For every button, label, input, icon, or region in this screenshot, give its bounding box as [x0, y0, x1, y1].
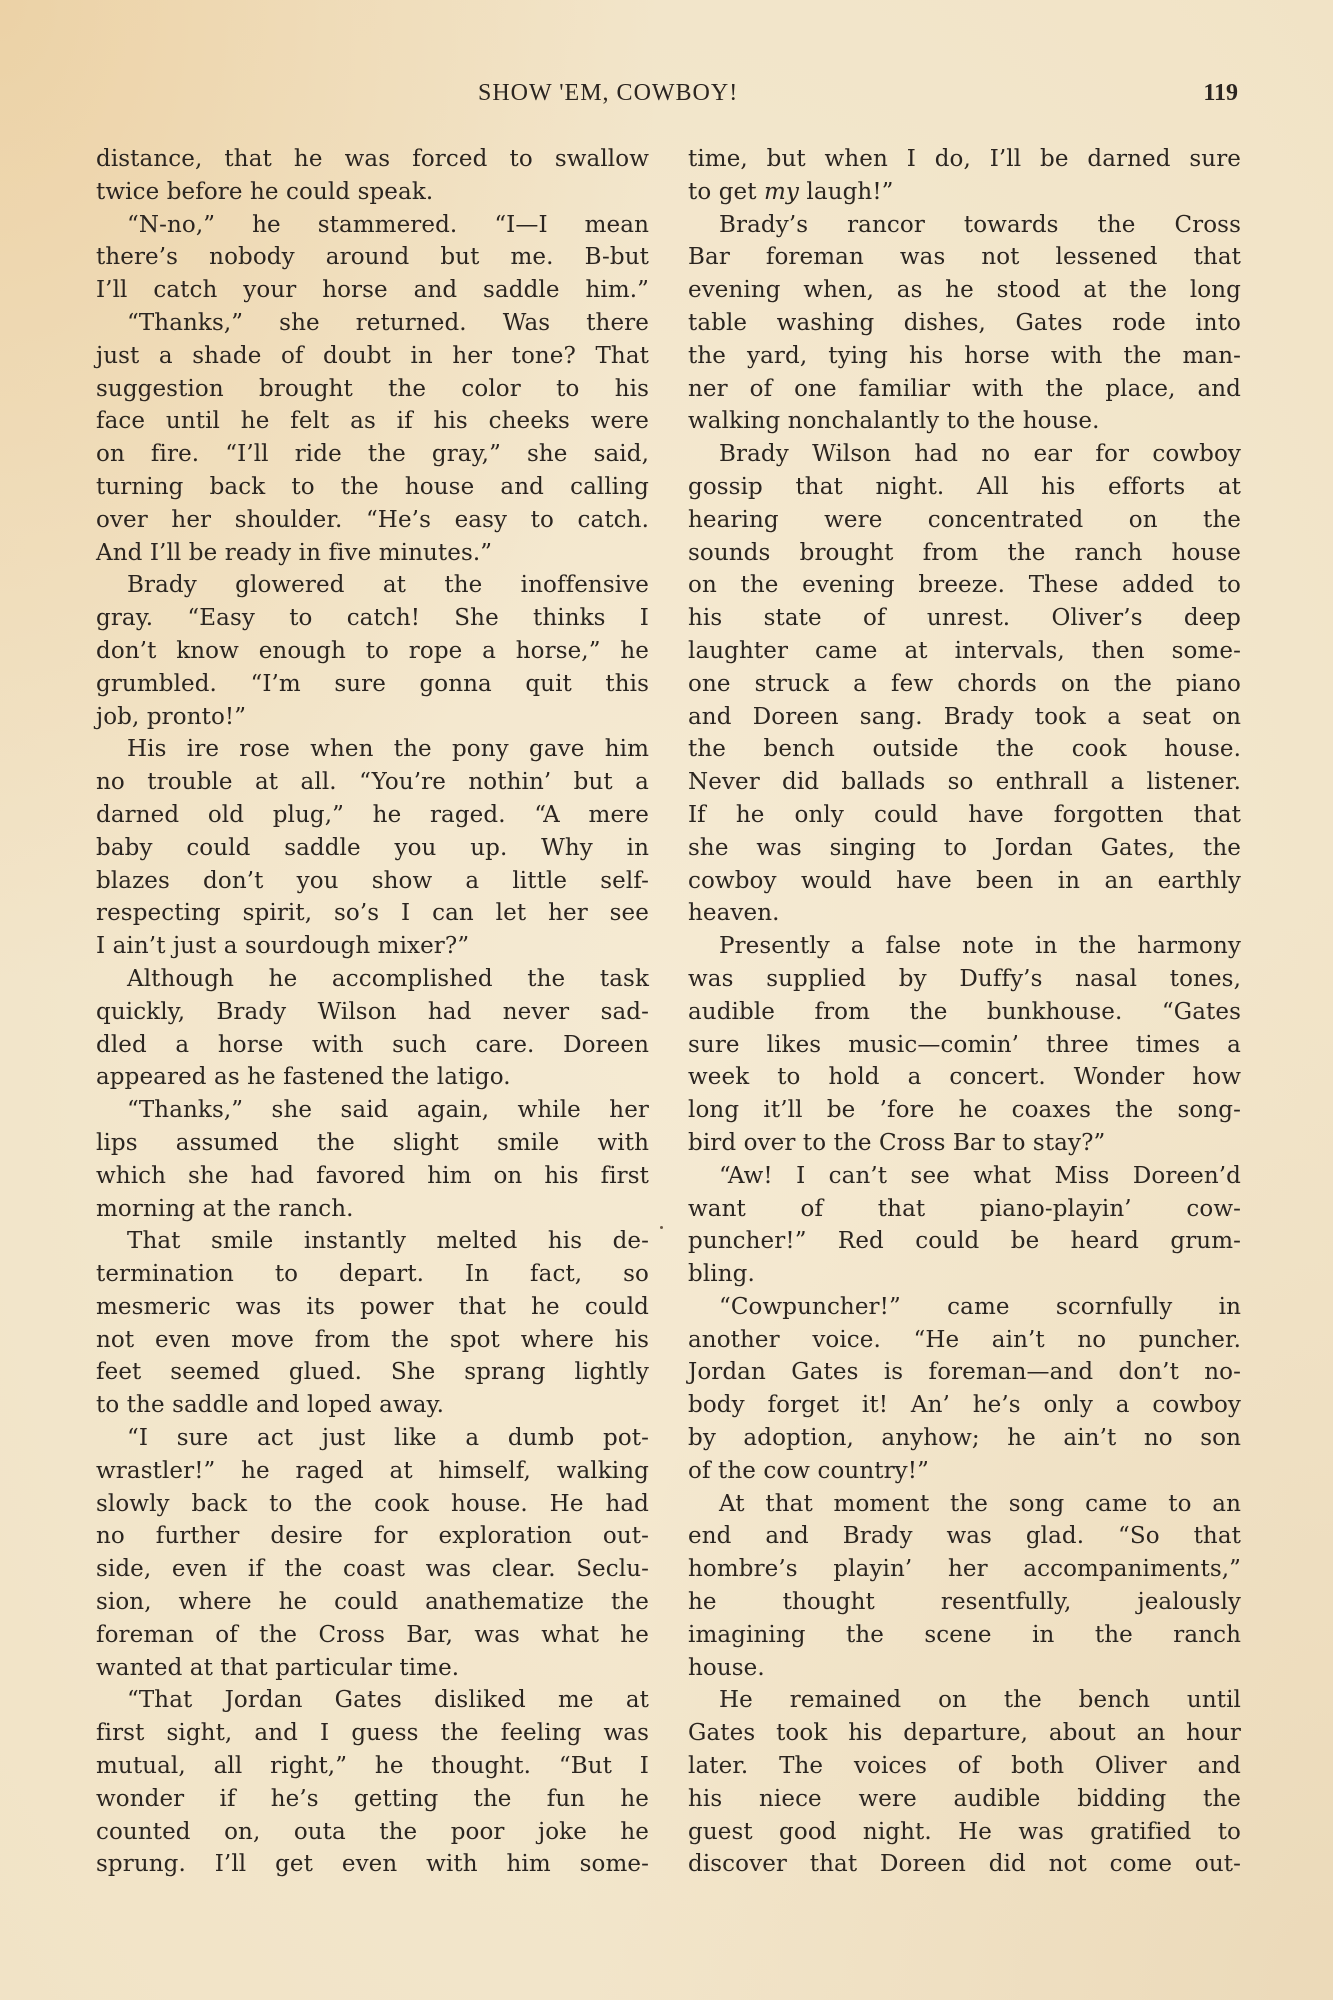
- text-line: over her shoulder. “He’s easy to catch.: [96, 504, 649, 537]
- text-line: That smile instantly melted his de-: [96, 1225, 649, 1258]
- text-line: turning back to the house and calling: [96, 471, 649, 504]
- text-column-right: time, but when I do, I’ll be darned sure…: [688, 143, 1241, 1881]
- line-text: “Thanks,” she returned. Was there: [127, 310, 649, 336]
- line-text: wanted at that particular time.: [96, 1655, 459, 1681]
- line-text: termination to depart. In fact, so: [96, 1261, 649, 1287]
- text-line: wrastler!” he raged at himself, walking: [96, 1455, 649, 1488]
- text-line: his niece were audible bidding the: [688, 1783, 1241, 1816]
- line-text: bird over to the Cross Bar to stay?”: [688, 1130, 1105, 1156]
- text-line: I’ll catch your horse and saddle him.”: [96, 274, 649, 307]
- text-line: just a shade of doubt in her tone? That: [96, 340, 649, 373]
- line-text: of the cow country!”: [688, 1458, 929, 1484]
- line-text: He remained on the bench until: [719, 1687, 1241, 1713]
- text-line: on the evening breeze. These added to: [688, 569, 1241, 602]
- text-line: sounds brought from the ranch house: [688, 537, 1241, 570]
- text-line: “Thanks,” she said again, while her: [96, 1094, 649, 1127]
- text-line: end and Brady was glad. “So that: [688, 1520, 1241, 1553]
- line-text: wonder if he’s getting the fun he: [96, 1786, 649, 1812]
- text-line: And I’ll be ready in five minutes.”: [96, 537, 649, 570]
- text-line: quickly, Brady Wilson had never sad-: [96, 996, 649, 1029]
- text-line: and Doreen sang. Brady took a seat on: [688, 701, 1241, 734]
- line-text: guest good night. He was gratified to: [688, 1819, 1241, 1845]
- line-text: time, but when I do, I’ll be darned sure: [688, 146, 1241, 172]
- line-text: walking nonchalantly to the house.: [688, 408, 1100, 434]
- line-text: hombre’s playin’ her accompaniments,”: [688, 1556, 1241, 1582]
- line-text: his state of unrest. Oliver’s deep: [688, 605, 1241, 631]
- text-line: was supplied by Duffy’s nasal tones,: [688, 963, 1241, 996]
- line-text: darned old plug,” he raged. “A mere: [96, 802, 649, 828]
- line-text: don’t know enough to rope a horse,” he: [96, 638, 649, 664]
- text-line: sure likes music—comin’ three times a: [688, 1029, 1241, 1062]
- text-line: by adoption, anyhow; he ain’t no son: [688, 1422, 1241, 1455]
- text-line: no further desire for exploration out-: [96, 1520, 649, 1553]
- text-line: cowboy would have been in an earthly: [688, 865, 1241, 898]
- line-text: Bar foreman was not lessened that: [688, 244, 1241, 270]
- text-line: I ain’t just a sourdough mixer?”: [96, 930, 649, 963]
- text-line: sprung. I’ll get even with him some-: [96, 1848, 649, 1881]
- text-line: she was singing to Jordan Gates, the: [688, 832, 1241, 865]
- text-line: which she had favored him on his first: [96, 1160, 649, 1193]
- text-line: slowly back to the cook house. He had: [96, 1488, 649, 1521]
- text-line: mutual, all right,” he thought. “But I: [96, 1750, 649, 1783]
- line-text: Presently a false note in the harmony: [719, 933, 1241, 959]
- line-text: Although he accomplished the task: [127, 966, 649, 992]
- line-text: on fire. “I’ll ride the gray,” she said,: [96, 441, 649, 467]
- line-text: twice before he could speak.: [96, 179, 433, 205]
- text-line: imagining the scene in the ranch: [688, 1619, 1241, 1652]
- text-line: to the saddle and loped away.: [96, 1389, 649, 1422]
- text-line: lips assumed the slight smile with: [96, 1127, 649, 1160]
- line-text: “Thanks,” she said again, while her: [127, 1097, 649, 1123]
- line-text: “I sure act just like a dumb pot-: [127, 1425, 649, 1451]
- text-line: the bench outside the cook house.: [688, 733, 1241, 766]
- text-line: there’s nobody around but me. B-but: [96, 241, 649, 274]
- text-line: puncher!” Red could be heard grum-: [688, 1225, 1241, 1258]
- text-line: Jordan Gates is foreman—and don’t no-: [688, 1356, 1241, 1389]
- text-line: bling.: [688, 1258, 1241, 1291]
- line-text: sprung. I’ll get even with him some-: [96, 1851, 649, 1877]
- line-text: job, pronto!”: [96, 704, 246, 730]
- line-text: mesmeric was its power that he could: [96, 1294, 649, 1320]
- italic-emphasis: my: [764, 179, 799, 205]
- text-line: discover that Doreen did not come out-: [688, 1848, 1241, 1881]
- line-text: week to hold a concert. Wonder how: [688, 1064, 1241, 1090]
- line-text: lips assumed the slight smile with: [96, 1130, 649, 1156]
- line-text: bling.: [688, 1261, 755, 1287]
- text-line: Never did ballads so enthrall a listener…: [688, 766, 1241, 799]
- line-text: the yard, tying his horse with the man-: [688, 343, 1241, 369]
- text-line: week to hold a concert. Wonder how: [688, 1061, 1241, 1094]
- text-line: morning at the ranch.: [96, 1193, 649, 1226]
- running-head: SHOW 'EM, COWBOY! 119: [478, 80, 1238, 114]
- line-text: If he only could have forgotten that: [688, 802, 1241, 828]
- line-text: respecting spirit, so’s I can let her se…: [96, 900, 649, 926]
- text-line: his state of unrest. Oliver’s deep: [688, 602, 1241, 635]
- line-text: no trouble at all. “You’re nothin’ but a: [96, 769, 649, 795]
- text-line: laughter came at intervals, then some-: [688, 635, 1241, 668]
- line-text: That smile instantly melted his de-: [127, 1228, 649, 1254]
- text-line: table washing dishes, Gates rode into: [688, 307, 1241, 340]
- line-text: distance, that he was forced to swallow: [96, 146, 649, 172]
- text-line: body forget it! An’ he’s only a cowboy: [688, 1389, 1241, 1422]
- text-line: mesmeric was its power that he could: [96, 1291, 649, 1324]
- line-text: later. The voices of both Oliver and: [688, 1753, 1241, 1779]
- text-line: He remained on the bench until: [688, 1684, 1241, 1717]
- text-line: darned old plug,” he raged. “A mere: [96, 799, 649, 832]
- text-line: audible from the bunkhouse. “Gates: [688, 996, 1241, 1029]
- paper-speck: [660, 1226, 663, 1229]
- text-line: twice before he could speak.: [96, 176, 649, 209]
- line-text: first sight, and I guess the feeling was: [96, 1720, 649, 1746]
- line-text: “Aw! I can’t see what Miss Doreen’d: [719, 1163, 1241, 1189]
- text-line: termination to depart. In fact, so: [96, 1258, 649, 1291]
- text-line: “That Jordan Gates disliked me at: [96, 1684, 649, 1717]
- line-text: “That Jordan Gates disliked me at: [127, 1687, 649, 1713]
- line-text: Brady glowered at the inoffensive: [127, 572, 649, 598]
- line-text: house.: [688, 1655, 765, 1681]
- text-line: don’t know enough to rope a horse,” he: [96, 635, 649, 668]
- line-text: Jordan Gates is foreman—and don’t no-: [688, 1359, 1241, 1385]
- line-text: ner of one familiar with the place, and: [688, 376, 1241, 402]
- line-text: just a shade of doubt in her tone? That: [96, 343, 649, 369]
- text-line: Brady’s rancor towards the Cross: [688, 209, 1241, 242]
- text-line: Bar foreman was not lessened that: [688, 241, 1241, 274]
- line-text: gray. “Easy to catch! She thinks I: [96, 605, 649, 631]
- text-line: ner of one familiar with the place, and: [688, 373, 1241, 406]
- line-text: Never did ballads so enthrall a listener…: [688, 769, 1241, 795]
- line-text: I’ll catch your horse and saddle him.”: [96, 277, 649, 303]
- text-line: counted on, outa the poor joke he: [96, 1816, 649, 1849]
- line-text: sure likes music—comin’ three times a: [688, 1032, 1241, 1058]
- line-text: imagining the scene in the ranch: [688, 1622, 1241, 1648]
- text-line: hombre’s playin’ her accompaniments,”: [688, 1553, 1241, 1586]
- line-text: Brady Wilson had no ear for cowboy: [719, 441, 1241, 467]
- text-line: Gates took his departure, about an hour: [688, 1717, 1241, 1750]
- text-line: If he only could have forgotten that: [688, 799, 1241, 832]
- text-line: time, but when I do, I’ll be darned sure: [688, 143, 1241, 176]
- line-text: quickly, Brady Wilson had never sad-: [96, 999, 649, 1025]
- line-text: turning back to the house and calling: [96, 474, 649, 500]
- text-line: “I sure act just like a dumb pot-: [96, 1422, 649, 1455]
- line-text: there’s nobody around but me. B-but: [96, 244, 649, 270]
- text-line: At that moment the song came to an: [688, 1488, 1241, 1521]
- line-text: no further desire for exploration out-: [96, 1523, 649, 1549]
- text-line: sion, where he could anathematize the: [96, 1586, 649, 1619]
- line-text: dled a horse with such care. Doreen: [96, 1032, 649, 1058]
- line-text: cowboy would have been in an earthly: [688, 868, 1241, 894]
- text-line: not even move from the spot where his: [96, 1324, 649, 1357]
- line-text: puncher!” Red could be heard grum-: [688, 1228, 1241, 1254]
- text-line: Presently a false note in the harmony: [688, 930, 1241, 963]
- text-line: evening when, as he stood at the long: [688, 274, 1241, 307]
- line-text: sounds brought from the ranch house: [688, 540, 1241, 566]
- line-text: suggestion brought the color to his: [96, 376, 649, 402]
- line-text: And I’ll be ready in five minutes.”: [96, 540, 492, 566]
- line-text: his niece were audible bidding the: [688, 1786, 1241, 1812]
- text-line: walking nonchalantly to the house.: [688, 405, 1241, 438]
- text-line: “Thanks,” she returned. Was there: [96, 307, 649, 340]
- line-text: foreman of the Cross Bar, was what he: [96, 1622, 649, 1648]
- text-line: bird over to the Cross Bar to stay?”: [688, 1127, 1241, 1160]
- line-text: audible from the bunkhouse. “Gates: [688, 999, 1241, 1025]
- text-line: gray. “Easy to catch! She thinks I: [96, 602, 649, 635]
- line-text: mutual, all right,” he thought. “But I: [96, 1753, 649, 1779]
- line-text: counted on, outa the poor joke he: [96, 1819, 649, 1845]
- text-line: first sight, and I guess the feeling was: [96, 1717, 649, 1750]
- line-text: he thought resentfully, jealously: [688, 1589, 1241, 1615]
- line-text: feet seemed glued. She sprang lightly: [96, 1359, 649, 1385]
- line-text: Gates took his departure, about an hour: [688, 1720, 1241, 1746]
- text-line: Brady glowered at the inoffensive: [96, 569, 649, 602]
- line-text: over her shoulder. “He’s easy to catch.: [96, 507, 649, 533]
- text-line: of the cow country!”: [688, 1455, 1241, 1488]
- text-line: Although he accomplished the task: [96, 963, 649, 996]
- line-text: not even move from the spot where his: [96, 1327, 649, 1353]
- text-line: later. The voices of both Oliver and: [688, 1750, 1241, 1783]
- text-line: distance, that he was forced to swallow: [96, 143, 649, 176]
- line-text: laugh!”: [799, 179, 894, 205]
- text-line: want of that piano-playin’ cow-: [688, 1193, 1241, 1226]
- text-line: foreman of the Cross Bar, was what he: [96, 1619, 649, 1652]
- line-text: body forget it! An’ he’s only a cowboy: [688, 1392, 1241, 1418]
- text-line: heaven.: [688, 897, 1241, 930]
- line-text: want of that piano-playin’ cow-: [688, 1196, 1241, 1222]
- text-line: house.: [688, 1652, 1241, 1685]
- text-line: baby could saddle you up. Why in: [96, 832, 649, 865]
- text-line: respecting spirit, so’s I can let her se…: [96, 897, 649, 930]
- text-line: side, even if the coast was clear. Seclu…: [96, 1553, 649, 1586]
- line-text: laughter came at intervals, then some-: [688, 638, 1241, 664]
- line-text: “Cowpuncher!” came scornfully in: [719, 1294, 1241, 1320]
- line-text: His ire rose when the pony gave him: [127, 736, 649, 762]
- text-line: “Cowpuncher!” came scornfully in: [688, 1291, 1241, 1324]
- line-text: At that moment the song came to an: [719, 1491, 1241, 1517]
- line-text: and Doreen sang. Brady took a seat on: [688, 704, 1241, 730]
- text-line: wonder if he’s getting the fun he: [96, 1783, 649, 1816]
- line-text: face until he felt as if his cheeks were: [96, 408, 649, 434]
- line-text: end and Brady was glad. “So that: [688, 1523, 1241, 1549]
- text-line: Brady Wilson had no ear for cowboy: [688, 438, 1241, 471]
- text-line: grumbled. “I’m sure gonna quit this: [96, 668, 649, 701]
- line-text: table washing dishes, Gates rode into: [688, 310, 1241, 336]
- line-text: Brady’s rancor towards the Cross: [719, 212, 1241, 238]
- line-text: gossip that night. All his efforts at: [688, 474, 1241, 500]
- line-text: which she had favored him on his first: [96, 1163, 649, 1189]
- line-text: to the saddle and loped away.: [96, 1392, 444, 1418]
- text-line: hearing were concentrated on the: [688, 504, 1241, 537]
- line-text: the bench outside the cook house.: [688, 736, 1241, 762]
- text-line: on fire. “I’ll ride the gray,” she said,: [96, 438, 649, 471]
- text-line: “N-no,” he stammered. “I—I mean: [96, 209, 649, 242]
- line-text: on the evening breeze. These added to: [688, 572, 1241, 598]
- line-text: appeared as he fastened the latigo.: [96, 1064, 511, 1090]
- text-line: he thought resentfully, jealously: [688, 1586, 1241, 1619]
- text-line: no trouble at all. “You’re nothin’ but a: [96, 766, 649, 799]
- running-title: SHOW 'EM, COWBOY!: [478, 80, 738, 107]
- line-text: sion, where he could anathematize the: [96, 1589, 649, 1615]
- line-text: discover that Doreen did not come out-: [688, 1851, 1241, 1877]
- line-text: wrastler!” he raged at himself, walking: [96, 1458, 649, 1484]
- line-text: another voice. “He ain’t no puncher.: [688, 1327, 1241, 1353]
- text-line: face until he felt as if his cheeks were: [96, 405, 649, 438]
- text-line: gossip that night. All his efforts at: [688, 471, 1241, 504]
- line-text: I ain’t just a sourdough mixer?”: [96, 933, 469, 959]
- line-text: by adoption, anyhow; he ain’t no son: [688, 1425, 1241, 1451]
- text-line: His ire rose when the pony gave him: [96, 733, 649, 766]
- line-text: side, even if the coast was clear. Seclu…: [96, 1556, 649, 1582]
- line-text: heaven.: [688, 900, 780, 926]
- text-line: to get my laugh!”: [688, 176, 1241, 209]
- text-line: the yard, tying his horse with the man-: [688, 340, 1241, 373]
- line-text: evening when, as he stood at the long: [688, 277, 1241, 303]
- text-column-left: distance, that he was forced to swallowt…: [96, 143, 649, 1881]
- line-text: hearing were concentrated on the: [688, 507, 1241, 533]
- text-line: guest good night. He was gratified to: [688, 1816, 1241, 1849]
- line-text: grumbled. “I’m sure gonna quit this: [96, 671, 649, 697]
- line-text: one struck a few chords on the piano: [688, 671, 1241, 697]
- text-line: one struck a few chords on the piano: [688, 668, 1241, 701]
- text-line: appeared as he fastened the latigo.: [96, 1061, 649, 1094]
- line-text: slowly back to the cook house. He had: [96, 1491, 649, 1517]
- line-text: morning at the ranch.: [96, 1196, 354, 1222]
- text-line: job, pronto!”: [96, 701, 649, 734]
- page-number: 119: [1203, 80, 1238, 107]
- text-line: another voice. “He ain’t no puncher.: [688, 1324, 1241, 1357]
- line-text: she was singing to Jordan Gates, the: [688, 835, 1241, 861]
- line-text: was supplied by Duffy’s nasal tones,: [688, 966, 1241, 992]
- line-text: “N-no,” he stammered. “I—I mean: [127, 212, 649, 238]
- text-line: long it’ll be ’fore he coaxes the song-: [688, 1094, 1241, 1127]
- line-text: blazes don’t you show a little self-: [96, 868, 649, 894]
- text-line: dled a horse with such care. Doreen: [96, 1029, 649, 1062]
- text-line: blazes don’t you show a little self-: [96, 865, 649, 898]
- line-text: long it’ll be ’fore he coaxes the song-: [688, 1097, 1241, 1123]
- text-line: “Aw! I can’t see what Miss Doreen’d: [688, 1160, 1241, 1193]
- text-line: wanted at that particular time.: [96, 1652, 649, 1685]
- line-text: to get: [688, 179, 764, 205]
- text-line: feet seemed glued. She sprang lightly: [96, 1356, 649, 1389]
- line-text: baby could saddle you up. Why in: [96, 835, 649, 861]
- text-line: suggestion brought the color to his: [96, 373, 649, 406]
